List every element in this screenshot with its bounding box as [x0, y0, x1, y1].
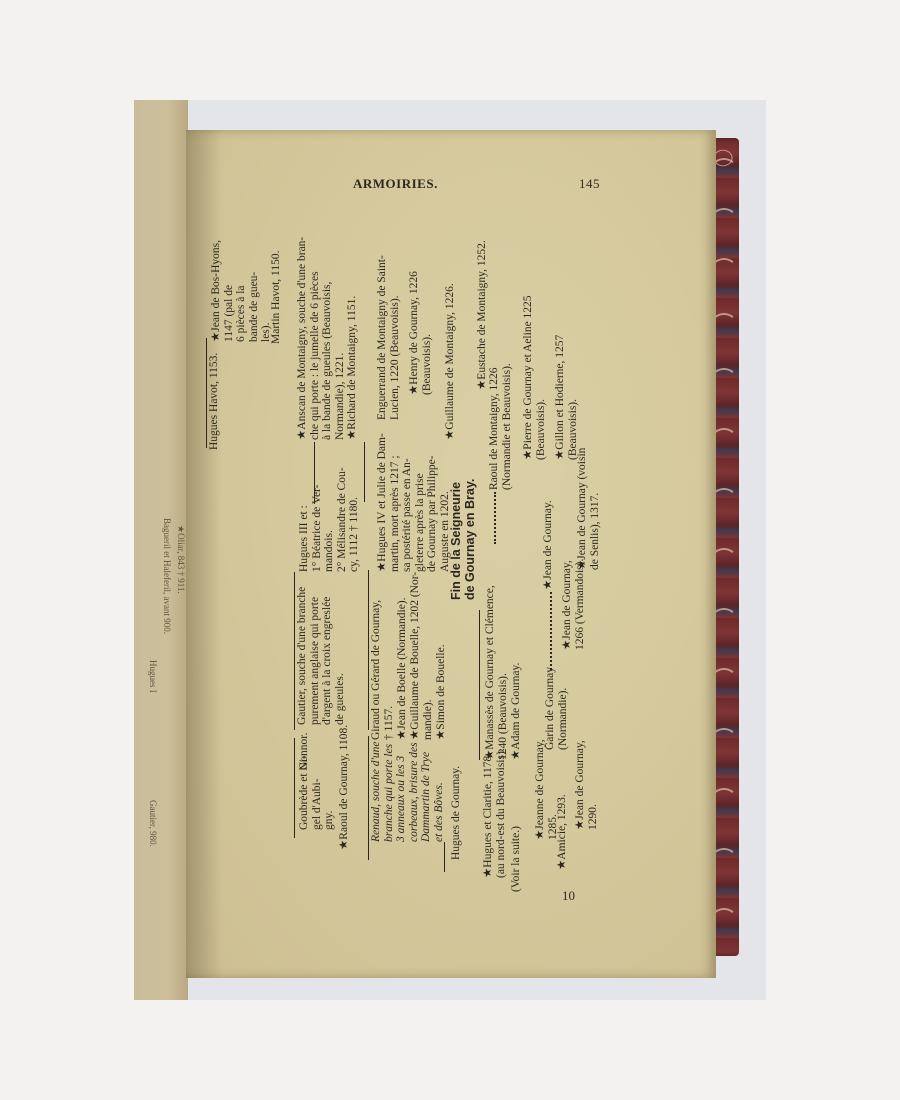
tree-node: ★Hugues IV et Julie de Dam- martin, mort… — [376, 433, 451, 572]
tree-node: ★Amicie, 1293. — [556, 794, 569, 870]
tree-node: ★Jean de Boelle (Normandie). — [396, 597, 409, 740]
tree-node: Gautier, souche d'une branche purement a… — [296, 587, 346, 725]
tree-node: ★Guillaume de Bouelle, 1202 (Nor- mandie… — [409, 572, 434, 740]
tree-node: ★Adam de Gournay. — [510, 663, 523, 760]
genealogy-tree: ★Jean de Bos-Hyons, 1147 (pal de 6 pièce… — [204, 200, 534, 900]
tree-node: ★Henry de Gournay, 1226 (Beauvoisis). — [408, 271, 433, 395]
left-fragment: Bagueril et Haleferil, avant 900. — [161, 518, 172, 634]
tree-node: ★Manassès de Gournay et Clémence, 1240 (… — [484, 585, 509, 760]
page-number: 145 — [579, 176, 600, 192]
tree-node: Martin Havot, 1150. — [270, 251, 283, 344]
tree-node: ★Jean de Gournay, 1266 (Vermandois). — [561, 559, 586, 650]
tree-node: Hugues Havot, 1153. — [208, 353, 221, 450]
tree-node: ★Guillaume de Montaigny, 1226. — [444, 283, 457, 440]
left-fragment: ★Oliar, 843 † 911. — [175, 525, 186, 594]
tree-node: ★Eustache de Montaigny, 1252. — [476, 240, 489, 390]
left-fragment: Hugues I — [147, 660, 158, 693]
tree-node: ★Richard de Montaigny, 1151. — [346, 296, 359, 440]
tree-node: Hugues III et : 1° Béatrice de Ver- mand… — [298, 467, 361, 572]
tree-node: Raoul de Montaigny, 1226 (Normandie et B… — [488, 363, 513, 490]
tree-node: Hugues de Gournay. — [450, 766, 463, 860]
tree-connector — [206, 338, 207, 448]
tree-node: ★Jean de Bos-Hyons, 1147 (pal de 6 pièce… — [210, 240, 273, 342]
tree-node: ★Pierre de Gournay et Aeline 1225 (Beauv… — [522, 295, 547, 460]
tree-node: ★Anscan de Montaigny, souche d'une bran-… — [296, 237, 346, 440]
tree-node: Renaud, souche d'une branche qui porte l… — [370, 741, 445, 842]
tree-node: Garin de Gournay (Normandie). — [544, 667, 569, 750]
tree-node: ★Jean de Gournay (voisin de Senlis), 131… — [576, 448, 601, 570]
tree-node: ★Simon de Bouelle. — [435, 644, 448, 740]
tree-node: ★Gillon et Hodierne, 1257 (Beauvoisis). — [554, 335, 579, 460]
tree-node: Giraud ou Gérard de Gournay, † 1157. — [370, 600, 395, 740]
tree-node: ★Jean de Gournay, 1290. — [574, 740, 599, 830]
tree-node: (Voir la suite.) — [510, 826, 523, 892]
book-page: ARMOIRIES. 145 ★Jean de Bos-Hyons, 1147 … — [186, 130, 716, 978]
section-heading: Fin de la Seigneurie de Gournay en Bray. — [449, 479, 477, 600]
tree-node: Enguerrand de Montaigny de Saint- Lucien… — [376, 255, 401, 420]
tree-node: ★Hugues et Claritie, 1178 (au nord-est d… — [482, 748, 507, 878]
running-head-title: ARMOIRIES. — [353, 176, 438, 192]
tree-node: Gonnor. — [298, 733, 311, 770]
left-fragment: Gautier, 980. — [147, 800, 158, 847]
tree-node: ★Jean de Gournay. — [542, 500, 555, 590]
tree-node: ★Raoul de Gournay, 1108. — [338, 725, 351, 850]
signature-mark: 10 — [562, 888, 575, 904]
left-page-edge: ★Oliar, 843 † 911. Bagueril et Haleferil… — [134, 100, 188, 1000]
left-page-text-strip: ★Oliar, 843 † 911. Bagueril et Haleferil… — [134, 100, 188, 1000]
